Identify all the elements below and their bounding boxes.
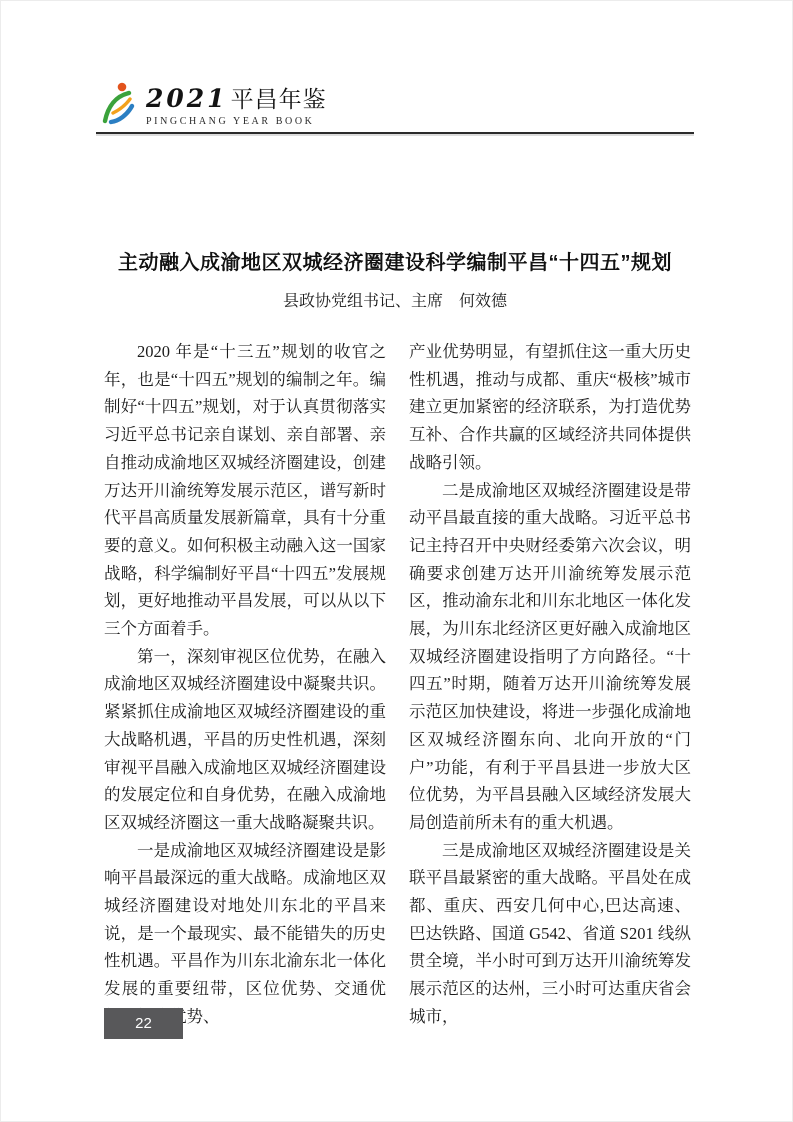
logo-text: 2021 平昌年鉴 PINGCHANG YEAR BOOK: [146, 79, 327, 127]
masthead: 2021 平昌年鉴 PINGCHANG YEAR BOOK: [96, 1, 694, 134]
yearbook-page: 2021 平昌年鉴 PINGCHANG YEAR BOOK 主动融入成渝地区双城…: [0, 0, 793, 1122]
paragraph-point-one-continued: 产业优势明显，有望抓住这一重大历史性机遇，推动与成都、重庆“极核”城市建立更加紧…: [409, 338, 691, 477]
paragraph-point-one: 一是成渝地区双城经济圈建设是影响平昌最深远的重大战略。成渝地区双城经济圈建设对地…: [104, 837, 386, 1031]
paragraph-point-three: 三是成渝地区双城经济圈建设是关联平昌最紧密的重大战略。平昌处在成都、重庆、西安几…: [409, 837, 691, 1031]
paragraph-first-point: 第一，深刻审视区位优势，在融入成渝地区双城经济圈建设中凝聚共识。紧紧抓住成渝地区…: [104, 643, 386, 837]
logo-subtitle-en: PINGCHANG YEAR BOOK: [146, 116, 327, 127]
paragraph-intro: 2020 年是“十三五”规划的收官之年，也是“十四五”规划的编制之年。编制好“十…: [104, 338, 386, 643]
page-content: 2021 平昌年鉴 PINGCHANG YEAR BOOK 主动融入成渝地区双城…: [96, 1, 694, 1031]
right-column: 产业优势明显，有望抓住这一重大历史性机遇，推动与成都、重庆“极核”城市建立更加紧…: [409, 338, 691, 1031]
logo-figure-icon: [100, 79, 140, 127]
article-byline: 县政协党组书记、主席 何效德: [96, 290, 694, 314]
page-number-badge: 22: [104, 1008, 183, 1039]
logo-title-line: 2021 平昌年鉴: [146, 81, 327, 114]
yearbook-logo: 2021 平昌年鉴 PINGCHANG YEAR BOOK: [100, 79, 694, 129]
logo-year: 2021: [146, 84, 228, 113]
article-body: 2020 年是“十三五”规划的收官之年，也是“十四五”规划的编制之年。编制好“十…: [104, 338, 692, 1031]
article-title: 主动融入成渝地区双城经济圈建设科学编制平昌“十四五”规划: [96, 248, 694, 278]
left-column: 2020 年是“十三五”规划的收官之年，也是“十四五”规划的编制之年。编制好“十…: [104, 338, 386, 1031]
paragraph-point-two: 二是成渝地区双城经济圈建设是带动平昌最直接的重大战略。习近平总书记主持召开中央财…: [409, 477, 691, 837]
header-rule: [96, 132, 694, 134]
logo-title-zh: 平昌年鉴: [231, 81, 327, 114]
logo-head-dot: [118, 83, 127, 92]
